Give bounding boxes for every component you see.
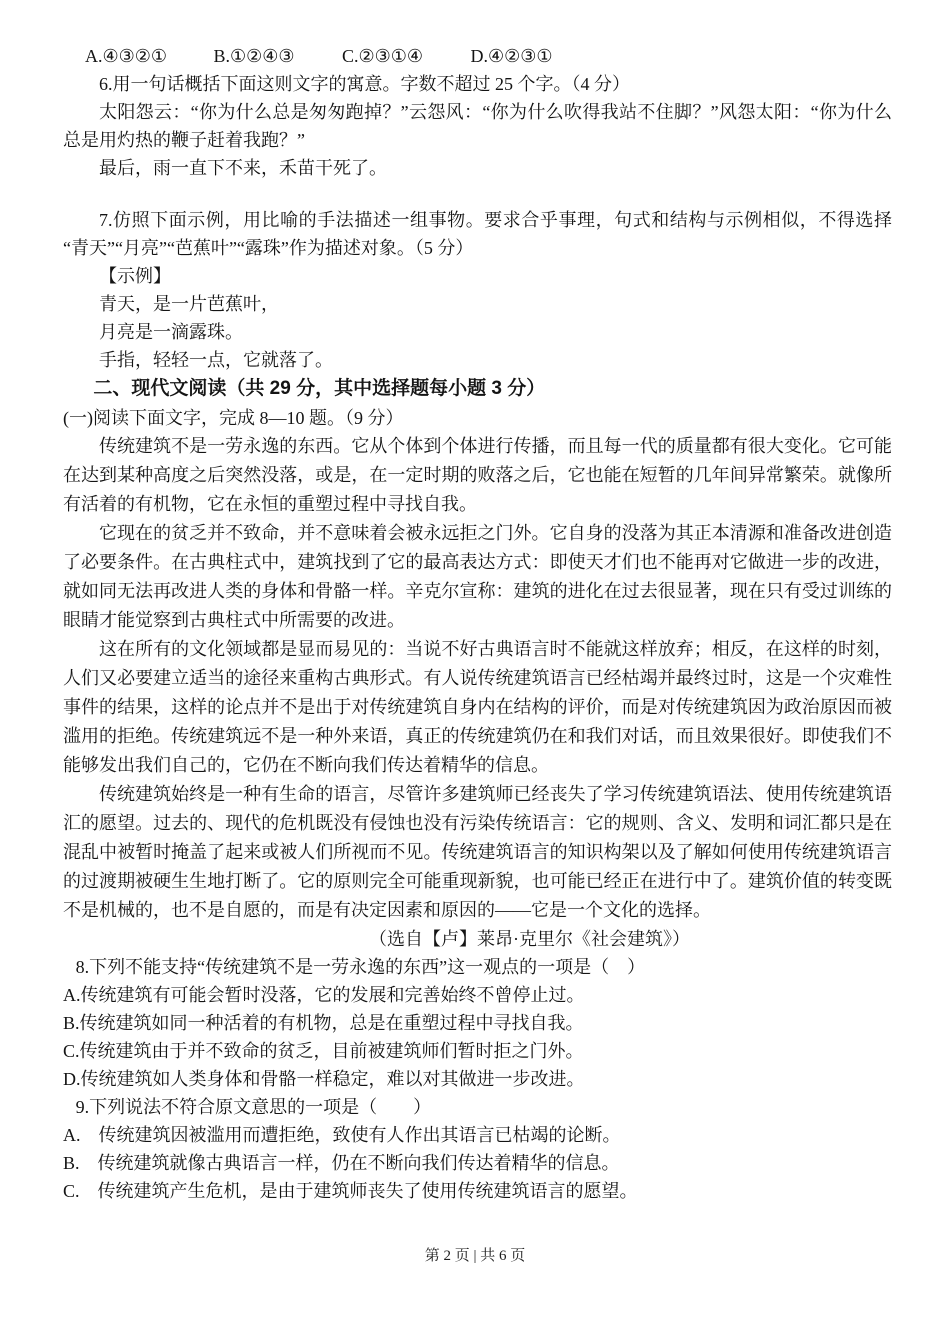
- question-9-option-b: B. 传统建筑就像古典语言一样，仍在不断向我们传达着精华的信息。: [63, 1149, 892, 1177]
- exam-page: A.④③②① B.①②④③ C.②③①④ D.④②③① 6.用一句话概括下面这则…: [0, 0, 950, 1205]
- reading-passage-intro: (一)阅读下面文字，完成 8—10 题。（9 分）: [63, 404, 892, 432]
- blank-line: [63, 182, 892, 206]
- question-7-example-label: 【示例】: [63, 262, 892, 290]
- question-8-stem: 8.下列不能支持“传统建筑不是一劳永逸的东西”这一观点的一项是（ ）: [63, 953, 892, 981]
- reading-passage-paragraph-3: 这在所有的文化领域都是显而易见的：当说不好古典语言时不能就这样放弃；相反，在这样…: [63, 635, 892, 780]
- question-5-option-d: D.④②③①: [471, 42, 595, 70]
- question-7-stem: 7.仿照下面示例，用比喻的手法描述一组事物。要求合乎事理，句式和结构与示例相似，…: [63, 206, 892, 262]
- question-7-example-line-3: 手指，轻轻一点，它就落了。: [63, 346, 892, 374]
- section-2-heading: 二、现代文阅读（共 29 分，其中选择题每小题 3 分）: [63, 374, 892, 404]
- page-number-indicator: 第 2 页 | 共 6 页: [0, 1246, 950, 1266]
- question-5-options-row: A.④③②① B.①②④③ C.②③①④ D.④②③①: [63, 42, 892, 70]
- question-8-option-a: A.传统建筑有可能会暂时没落，它的发展和完善始终不曾停止过。: [63, 981, 892, 1009]
- question-6-stem: 6.用一句话概括下面这则文字的寓意。字数不超过 25 个字。（4 分）: [63, 70, 892, 98]
- reading-passage-paragraph-1: 传统建筑不是一劳永逸的东西。它从个体到个体进行传播，而且每一代的质量都有很大变化…: [63, 432, 892, 519]
- question-5-option-c: C.②③①④: [342, 42, 466, 70]
- question-5-option-b: B.①②④③: [214, 42, 338, 70]
- question-7-example-line-1: 青天，是一片芭蕉叶，: [63, 290, 892, 318]
- question-6-fable-text: 太阳怨云：“你为什么总是匆匆跑掉？”云怨风：“你为什么吹得我站不住脚？”风怨太阳…: [63, 98, 892, 154]
- reading-passage-paragraph-4: 传统建筑始终是一种有生命的语言，尽管许多建筑师已经丧失了学习传统建筑语法、使用传…: [63, 780, 892, 925]
- question-6-fable-ending: 最后，雨一直下不来，禾苗干死了。: [63, 154, 892, 182]
- reading-passage-paragraph-2: 它现在的贫乏并不致命，并不意味着会被永远拒之门外。它自身的没落为其正本清源和准备…: [63, 519, 892, 635]
- reading-passage-source: （选自【卢】莱昂·克里尔《社会建筑》）: [115, 925, 944, 953]
- question-8-option-c: C.传统建筑由于并不致命的贫乏，目前被建筑师们暂时拒之门外。: [63, 1037, 892, 1065]
- question-8-option-d: D.传统建筑如人类身体和骨骼一样稳定，难以对其做进一步改进。: [63, 1065, 892, 1093]
- question-8-option-b: B.传统建筑如同一种活着的有机物，总是在重塑过程中寻找自我。: [63, 1009, 892, 1037]
- question-5-option-a: A.④③②①: [85, 42, 209, 70]
- question-9-stem: 9.下列说法不符合原文意思的一项是（ ）: [63, 1093, 892, 1121]
- question-9-option-c: C. 传统建筑产生危机，是由于建筑师丧失了使用传统建筑语言的愿望。: [63, 1177, 892, 1205]
- question-7-example-line-2: 月亮是一滴露珠。: [63, 318, 892, 346]
- question-9-option-a: A. 传统建筑因被滥用而遭拒绝，致使有人作出其语言已枯竭的论断。: [63, 1121, 892, 1149]
